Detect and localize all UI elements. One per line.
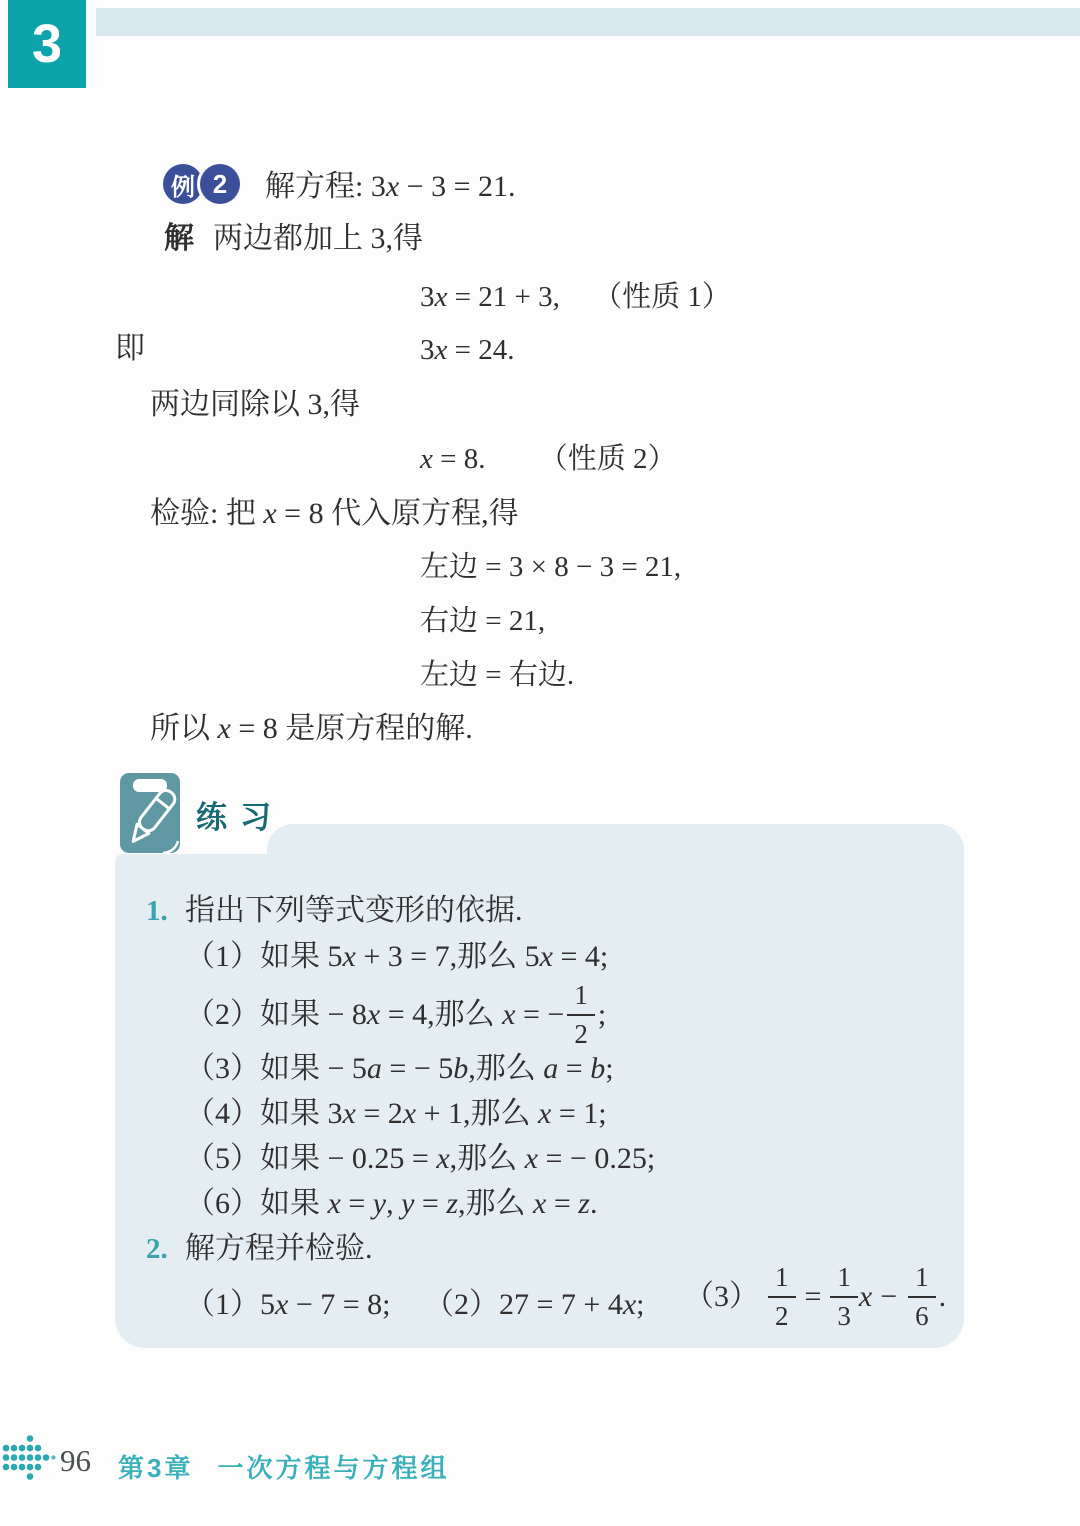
- check-intro: 检验: 把 x = 8 代入原方程,得: [150, 497, 519, 532]
- fraction-one-half: 1 2: [567, 982, 595, 1048]
- practice-notebook-icon: [117, 769, 185, 862]
- equation-3-body: x = 8.: [420, 443, 485, 475]
- top-accent-bar: [96, 8, 1080, 36]
- q2-item-2: （2）27 = 7 + 4x;: [424, 1288, 645, 1323]
- fraction-numerator: 1: [830, 1264, 858, 1296]
- therefore-label: 即: [115, 332, 145, 367]
- solution-label: 解: [164, 222, 194, 257]
- equation-1-body: 3x = 21 + 3,: [420, 281, 560, 313]
- q2-item-1: （1）5x − 7 = 8;: [185, 1288, 391, 1323]
- q1-item-4: （4）如果 3x = 2x + 1,那么 x = 1;: [185, 1097, 607, 1132]
- q1-item-2-punct: ;: [598, 998, 606, 1033]
- q1-number: 1.: [146, 895, 168, 928]
- footer-chapter-label: 第3章: [118, 1448, 193, 1485]
- solution-step1-intro: 两边都加上 3,得: [213, 222, 423, 257]
- q1-item-6: （6）如果 x = y, y = z,那么 x = z.: [185, 1187, 597, 1222]
- example-badge: 例 2: [163, 164, 240, 204]
- check-left-side: 左边 = 3 × 8 − 3 = 21,: [420, 551, 681, 584]
- equation-3: x = 8. （性质 2）: [420, 443, 677, 476]
- check-conclusion: 左边 = 右边.: [420, 659, 574, 692]
- equals-sign: =: [805, 1280, 822, 1315]
- page-number: 96: [60, 1443, 91, 1479]
- q2-number: 2.: [146, 1233, 168, 1266]
- solution-conclusion: 所以 x = 8 是原方程的解.: [150, 712, 473, 747]
- fraction-denominator: 6: [908, 1296, 936, 1330]
- q1-item-3: （3）如果 − 5a = − 5b,那么 a = b;: [185, 1052, 614, 1087]
- q1-prompt: 指出下列等式变形的依据.: [185, 894, 523, 929]
- fraction-numerator: 1: [567, 982, 595, 1014]
- fraction-one-sixth: 1 6: [908, 1264, 936, 1330]
- footer-chapter-title: 一次方程与方程组: [217, 1448, 449, 1485]
- equation-2: 3x = 24.: [420, 334, 514, 367]
- q1-item-5: （5）如果 − 0.25 = x,那么 x = − 0.25;: [185, 1142, 655, 1177]
- textbook-page: 3 例 2 解方程: 3x − 3 = 21. 解 两边都加上 3,得 3x =…: [0, 0, 1080, 1526]
- fraction-one-third: 1 3: [830, 1264, 858, 1330]
- fraction-numerator: 1: [908, 1264, 936, 1296]
- solution-step2-intro: 两边同除以 3,得: [150, 388, 360, 423]
- minus-sign: −: [880, 1280, 897, 1315]
- footer-dots-decoration: [2, 1434, 60, 1489]
- fraction-denominator: 2: [768, 1296, 796, 1330]
- q2-item-3-punct: .: [939, 1280, 947, 1315]
- example-badge-label: 例: [163, 164, 203, 204]
- variable-x: x: [859, 1280, 872, 1315]
- q1-item-2: （2）如果 − 8x = 4,那么 x = − 1 2 ;: [185, 982, 606, 1048]
- q2-prompt: 解方程并检验.: [185, 1232, 373, 1267]
- q2-item-3-label: （3）: [684, 1280, 759, 1315]
- property-note-2: （性质 2）: [539, 443, 677, 476]
- q1-item-2-text: （2）如果 − 8x = 4,那么 x = −: [185, 998, 564, 1033]
- fraction-numerator: 1: [768, 1264, 796, 1296]
- check-right-side: 右边 = 21,: [420, 605, 545, 638]
- practice-title: 练习: [196, 792, 284, 837]
- equation-1: 3x = 21 + 3, （性质 1）: [420, 281, 731, 314]
- footer-chapter: 第3章 一次方程与方程组: [118, 1448, 449, 1485]
- fraction-one-half-2: 1 2: [768, 1264, 796, 1330]
- property-note-1: （性质 1）: [593, 281, 731, 314]
- q1-item-1: （1）如果 5x + 3 = 7,那么 5x = 4;: [185, 940, 608, 975]
- unit-number-tab: 3: [8, 0, 86, 88]
- example-problem: 解方程: 3x − 3 = 21.: [265, 170, 516, 205]
- fraction-denominator: 3: [830, 1296, 858, 1330]
- fraction-denominator: 2: [567, 1014, 595, 1048]
- practice-panel-tab-strip: [267, 824, 964, 856]
- q2-item-3: （3） 1 2 = 1 3 x − 1 6 .: [684, 1264, 946, 1330]
- example-badge-number: 2: [200, 164, 240, 204]
